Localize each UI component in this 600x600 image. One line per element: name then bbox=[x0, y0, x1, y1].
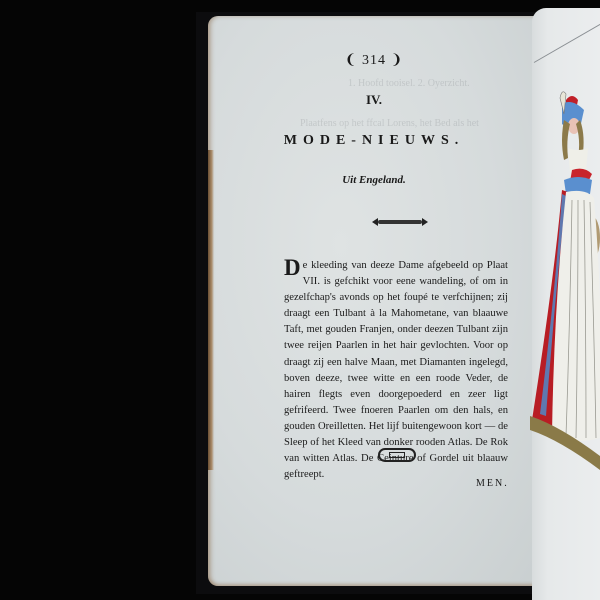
decorative-rule-icon bbox=[378, 220, 422, 224]
subheading: Uit Engeland. bbox=[208, 174, 540, 186]
page-number: ❨ 314 ❩ bbox=[208, 52, 540, 69]
section-number: IV. bbox=[208, 92, 540, 108]
catchword: MEN. bbox=[476, 478, 509, 489]
fashion-figure-icon bbox=[528, 90, 600, 490]
drop-cap: D bbox=[284, 259, 301, 277]
section-title: MODE-NIEUWS. bbox=[208, 133, 540, 149]
tailpiece-ornament-icon bbox=[378, 448, 416, 462]
